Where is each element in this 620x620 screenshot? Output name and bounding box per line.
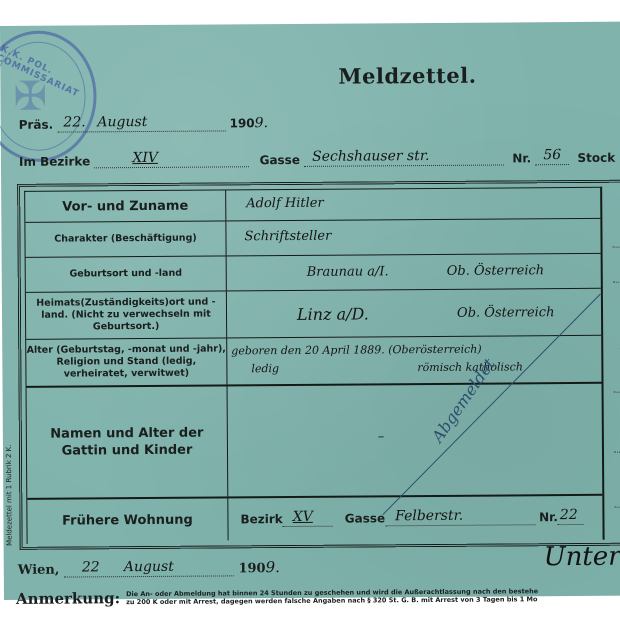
prev-bezirk-field: XV — [283, 511, 333, 526]
stock-label: Stock — [577, 151, 615, 165]
row-label: Namen und Alter der Gattin und Kinder — [27, 386, 229, 497]
police-stamp: K.K. POL. COMMISSARIAT ✠ — [0, 30, 97, 162]
address-line: Im Bezirke XIV Gasse Sechshauser str. Nr… — [19, 150, 615, 169]
row-value: Braunau a/I. — [307, 264, 389, 280]
row-label: Vor- und Zuname — [25, 190, 226, 221]
side-column: B G — [604, 187, 620, 539]
double-headed-eagle-icon: ✠ — [13, 74, 47, 120]
row-label: Heimats(Zuständigkeits)ort und -land. (N… — [26, 291, 227, 338]
prev-nr-field: 22 — [558, 509, 584, 524]
nr-label: Nr. — [512, 151, 531, 165]
row-name: Vor- und Zuname Adolf Hitler — [25, 188, 600, 223]
gasse-field: Sechshauser str. — [304, 150, 504, 166]
row-value: Adolf Hitler — [246, 196, 324, 212]
gasse-label: Gasse — [260, 153, 300, 167]
prev-nr-label: Nr. — [539, 510, 558, 524]
note-line-2: zu 200 K oder mit Arrest, dagegen werden… — [126, 595, 538, 606]
row-value-country: Ob. Österreich — [447, 263, 545, 279]
place-label: Wien, — [18, 563, 60, 578]
row-birthplace: Geburtsort und -land Braunau a/I. Ob. Ös… — [26, 254, 601, 293]
document-title: Meldzettel. — [338, 63, 476, 89]
row-occupation: Charakter (Beschäftigung) Schriftsteller — [25, 219, 600, 258]
footer-date-field: 22 August — [64, 561, 234, 577]
row-value: Linz a/D. — [297, 304, 369, 324]
bezirk-field: XIV — [94, 152, 249, 168]
row-label: Geburtsort und -land — [26, 256, 227, 291]
praes-label: Präs. — [19, 118, 54, 132]
prev-gasse-field: Felberstr. — [385, 510, 535, 526]
note-label: Anmerkung: — [16, 589, 120, 608]
row-value: – — [378, 429, 385, 444]
footer-date-line: Wien, 22 August 1909. — [18, 558, 280, 578]
row-label: Alter (Geburtstag, -monat und -jahr), Re… — [26, 338, 227, 385]
note-section: Anmerkung: Die An- oder Abmeldung hat bi… — [16, 585, 620, 607]
row-home-place: Heimats(Zuständigkeits)ort und -land. (N… — [26, 289, 601, 340]
row-value-country: Ob. Österreich — [457, 305, 555, 321]
row-label: Charakter (Beschäftigung) — [25, 221, 226, 256]
row-value: Schriftsteller — [244, 229, 331, 245]
praes-date-field: 22. August — [57, 116, 225, 132]
bezirk-label: Im Bezirke — [19, 154, 90, 168]
row-value-status: ledig — [251, 362, 279, 375]
praes-line: Präs. 22. August 1909. — [19, 115, 268, 133]
meldezettel-document: K.K. POL. COMMISSARIAT ✠ Meldzettel. Prä… — [0, 22, 620, 600]
row-previous-address: Frühere Wohnung Bezirk XV Gasse Felberst… — [27, 496, 602, 542]
margin-print: Meldezettel mit 1 Rubrik 2 K. — [3, 226, 17, 546]
prev-bezirk-label: Bezirk — [240, 512, 282, 526]
prev-gasse-label: Gasse — [345, 511, 385, 525]
nr-field: 56 — [535, 150, 569, 165]
row-family: Namen und Alter der Gattin und Kinder – … — [27, 384, 603, 500]
row-label: Frühere Wohnung — [27, 498, 228, 541]
registration-table: Vor- und Zuname Adolf Hitler Charakter (… — [17, 180, 620, 550]
row-value: geboren den 20 April 1889. (Oberösterrei… — [231, 343, 481, 358]
signature: Unter — [544, 542, 620, 573]
